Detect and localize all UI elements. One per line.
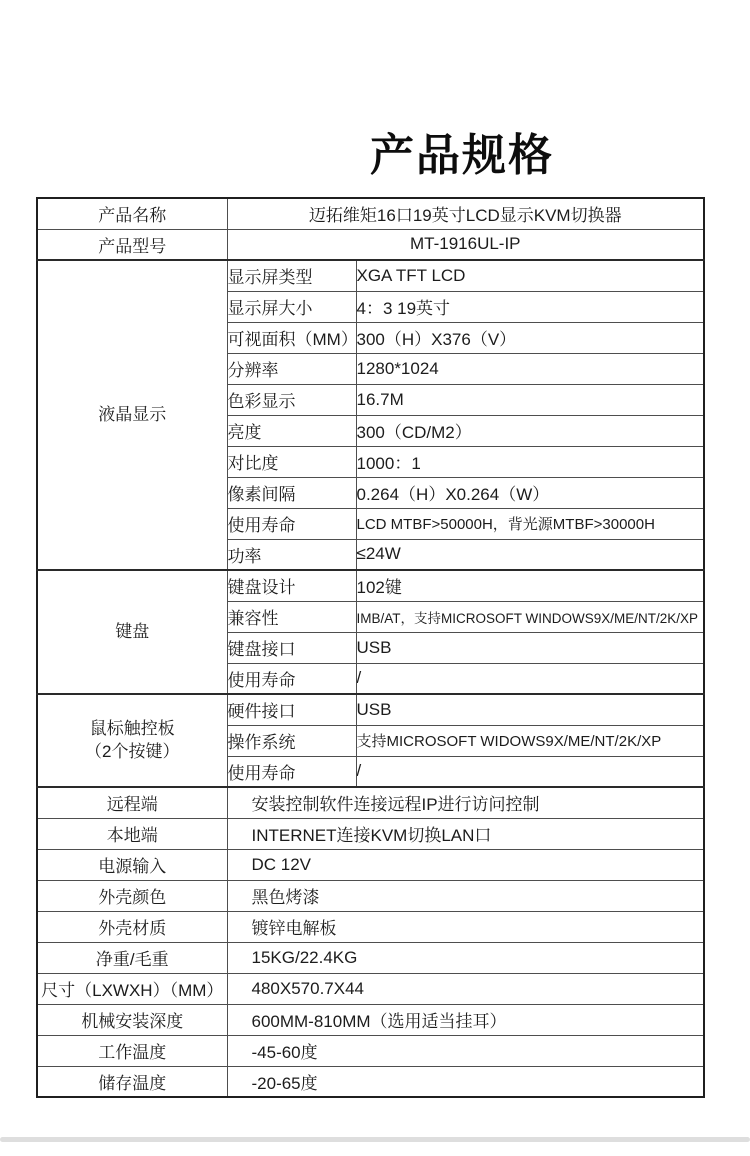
spec-sublabel-cell: 对比度 [227,446,356,477]
spec-value-cell: 1000：1 [356,446,704,477]
spec-sublabel-cell: 兼容性 [227,601,356,632]
spec-label-cell: 尺寸（LXWXH）（MM） [37,973,227,1004]
table-row: 液晶显示显示屏类型XGA TFT LCD [37,260,704,291]
spec-value-cell: 16.7M [356,384,704,415]
spec-value-cell: 15KG/22.4KG [227,942,704,973]
spec-value-cell: USB [356,632,704,663]
spec-value-cell: 1280*1024 [356,353,704,384]
spec-value-cell: USB [356,694,704,725]
spec-label-cell: 本地端 [37,818,227,849]
group-label: 鼠标触控板 [38,718,227,741]
spec-group-cell: 液晶显示 [37,260,227,570]
spec-sublabel-cell: 键盘设计 [227,570,356,601]
spec-value-cell: 102键 [356,570,704,601]
spec-label-cell: 工作温度 [37,1035,227,1066]
spec-value-cell: 600MM-810MM（选用适当挂耳） [227,1004,704,1035]
table-row: 本地端INTERNET连接KVM切换LAN口 [37,818,704,849]
spec-sublabel-cell: 键盘接口 [227,632,356,663]
spec-group-cell: 鼠标触控板（2个按键） [37,694,227,787]
spec-sublabel-cell: 功率 [227,539,356,570]
spec-value-cell: 安装控制软件连接远程IP进行访问控制 [227,787,704,818]
spec-value-cell: 4：3 19英寸 [356,291,704,322]
spec-value-cell: IMB/AT，支持MICROSOFT WINDOWS9X/ME/NT/2K/XP [356,601,704,632]
table-row: 外壳材质镀锌电解板 [37,911,704,942]
group-label: 液晶显示 [38,404,227,427]
spec-label-cell: 远程端 [37,787,227,818]
spec-label-cell: 产品型号 [37,229,227,260]
page-title: 产品规格 [370,119,554,183]
spec-value-cell: / [356,756,704,787]
spec-value-cell: 支持MICROSOFT WIDOWS9X/ME/NT/2K/XP [356,725,704,756]
spec-label-cell: 外壳颜色 [37,880,227,911]
spec-table: 产品名称迈拓维矩16口19英寸LCD显示KVM切换器产品型号MT-1916UL-… [36,197,705,1098]
spec-value-cell: ≤24W [356,539,704,570]
spec-value-cell: 300（CD/M2） [356,415,704,446]
spec-sublabel-cell: 显示屏大小 [227,291,356,322]
group-label: 键盘 [38,621,227,644]
table-row: 尺寸（LXWXH）（MM）480X570.7X44 [37,973,704,1004]
spec-label-cell: 净重/毛重 [37,942,227,973]
spec-label-cell: 电源输入 [37,849,227,880]
spec-sublabel-cell: 使用寿命 [227,663,356,694]
spec-sublabel-cell: 硬件接口 [227,694,356,725]
table-row: 键盘键盘设计102键 [37,570,704,601]
section-divider [0,1137,750,1142]
spec-label-cell: 产品名称 [37,198,227,229]
spec-sublabel-cell: 色彩显示 [227,384,356,415]
spec-value-cell: LCD MTBF>50000H，背光源MTBF>30000H [356,508,704,539]
spec-value-cell: DC 12V [227,849,704,880]
table-row: 远程端安装控制软件连接远程IP进行访问控制 [37,787,704,818]
spec-label-cell: 机械安装深度 [37,1004,227,1035]
spec-value-cell: 迈拓维矩16口19英寸LCD显示KVM切换器 [227,198,704,229]
spec-value-cell: XGA TFT LCD [356,260,704,291]
spec-table-body: 产品名称迈拓维矩16口19英寸LCD显示KVM切换器产品型号MT-1916UL-… [37,198,704,1097]
spec-value-cell: INTERNET连接KVM切换LAN口 [227,818,704,849]
spec-value-cell: 0.264（H）X0.264（W） [356,477,704,508]
spec-value-cell: 黑色烤漆 [227,880,704,911]
spec-value-cell: MT-1916UL-IP [227,229,704,260]
spec-sublabel-cell: 显示屏类型 [227,260,356,291]
spec-value-cell: 镀锌电解板 [227,911,704,942]
spec-label-cell: 储存温度 [37,1066,227,1097]
spec-value-cell: 480X570.7X44 [227,973,704,1004]
spec-value-cell: -20-65度 [227,1066,704,1097]
table-row: 鼠标触控板（2个按键）硬件接口USB [37,694,704,725]
table-row: 外壳颜色黑色烤漆 [37,880,704,911]
spec-sublabel-cell: 使用寿命 [227,756,356,787]
table-row: 净重/毛重15KG/22.4KG [37,942,704,973]
spec-sublabel-cell: 分辨率 [227,353,356,384]
table-row: 储存温度-20-65度 [37,1066,704,1097]
spec-sublabel-cell: 使用寿命 [227,508,356,539]
spec-group-cell: 键盘 [37,570,227,694]
spec-value-cell: -45-60度 [227,1035,704,1066]
spec-sublabel-cell: 亮度 [227,415,356,446]
table-row: 产品名称迈拓维矩16口19英寸LCD显示KVM切换器 [37,198,704,229]
spec-sublabel-cell: 可视面积（MM） [227,322,356,353]
spec-sublabel-cell: 操作系统 [227,725,356,756]
spec-sublabel-cell: 像素间隔 [227,477,356,508]
table-row: 工作温度-45-60度 [37,1035,704,1066]
table-row: 产品型号MT-1916UL-IP [37,229,704,260]
table-row: 电源输入DC 12V [37,849,704,880]
spec-label-cell: 外壳材质 [37,911,227,942]
spec-value-cell: / [356,663,704,694]
group-label-line2: （2个按键） [38,741,227,764]
spec-value-cell: 300（H）X376（V） [356,322,704,353]
table-row: 机械安装深度600MM-810MM（选用适当挂耳） [37,1004,704,1035]
